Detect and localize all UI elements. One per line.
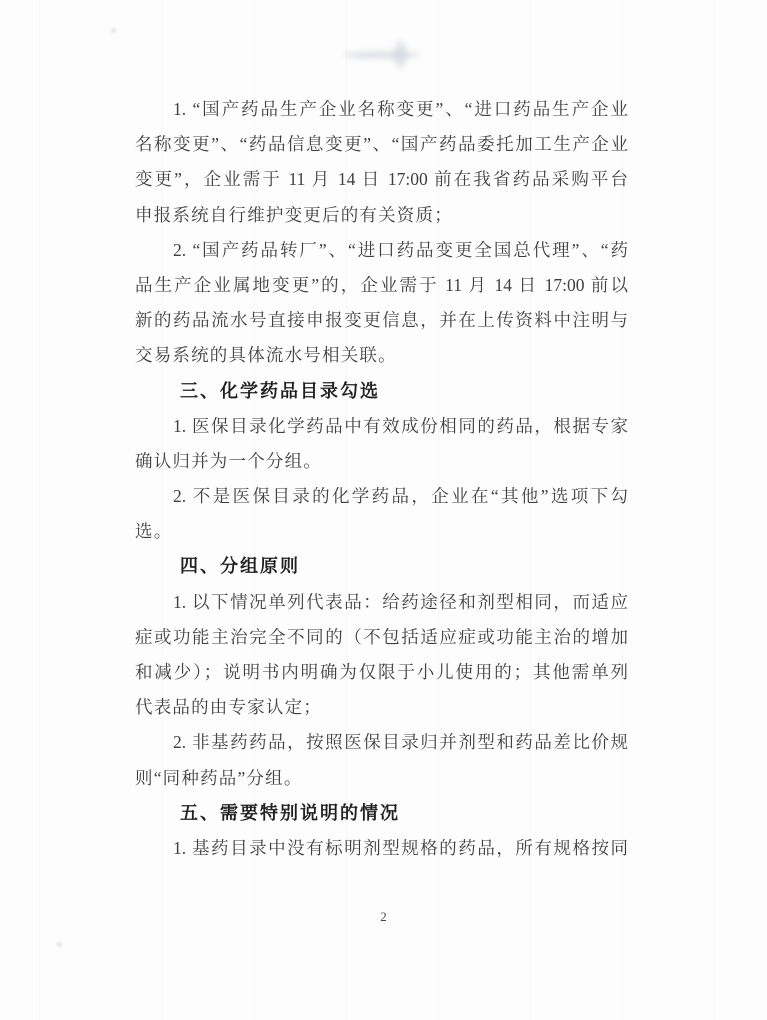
body-line: 和减少）；说明书内明确为仅限于小儿使用的；其他需单列 — [135, 655, 628, 690]
body-line: 变更”，企业需于 11 月 14 日 17:00 前在我省药品采购平台 — [135, 162, 628, 197]
body-line: 1. “国产药品生产企业名称变更”、“进口药品生产企业 — [135, 92, 628, 127]
section-heading: 三、化学药品目录勾选 — [135, 374, 628, 409]
body-line: 1. 基药目录中没有标明剂型规格的药品，所有规格按同 — [135, 831, 628, 866]
body-line: 交易系统的具体流水号相关联。 — [135, 338, 628, 373]
body-line: 确认归并为一个分组。 — [135, 444, 628, 479]
scan-speck-artifact — [57, 942, 62, 947]
body-line: 1. 以下情况单列代表品：给药途径和剂型相同，而适应 — [135, 585, 628, 620]
body-line: 申报系统自行维护变更后的有关资质； — [135, 198, 628, 233]
section-heading: 五、需要特别说明的情况 — [135, 796, 628, 831]
body-line: 1. 医保目录化学药品中有效成份相同的药品，根据专家 — [135, 409, 628, 444]
body-line: 品生产企业属地变更”的，企业需于 11 月 14 日 17:00 前以 — [135, 268, 628, 303]
body-line: 选。 — [135, 514, 628, 549]
section-heading: 四、分组原则 — [135, 549, 628, 584]
body-line: 代表品的由专家认定； — [135, 690, 628, 725]
body-line: 新的药品流水号直接申报变更信息，并在上传资料中注明与 — [135, 303, 628, 338]
document-page: 1. “国产药品生产企业名称变更”、“进口药品生产企业名称变更”、“药品信息变更… — [0, 0, 767, 1020]
scan-smudge-artifact — [394, 41, 407, 68]
scan-speck-artifact — [111, 28, 116, 33]
body-line: 2. 非基药药品，按照医保目录归并剂型和药品差比价规 — [135, 725, 628, 760]
body-line: 2. 不是医保目录的化学药品，企业在“其他”选项下勾 — [135, 479, 628, 514]
body-line: 则“同种药品”分组。 — [135, 761, 628, 796]
page-number: 2 — [0, 908, 767, 926]
document-text: 1. “国产药品生产企业名称变更”、“进口药品生产企业名称变更”、“药品信息变更… — [135, 92, 628, 866]
body-line: 2. “国产药品转厂”、“进口药品变更全国总代理”、“药 — [135, 233, 628, 268]
body-line: 症或功能主治完全不同的（不包括适应症或功能主治的增加 — [135, 620, 628, 655]
body-line: 名称变更”、“药品信息变更”、“国产药品委托加工生产企业 — [135, 127, 628, 162]
scan-smudge-artifact — [344, 51, 420, 59]
